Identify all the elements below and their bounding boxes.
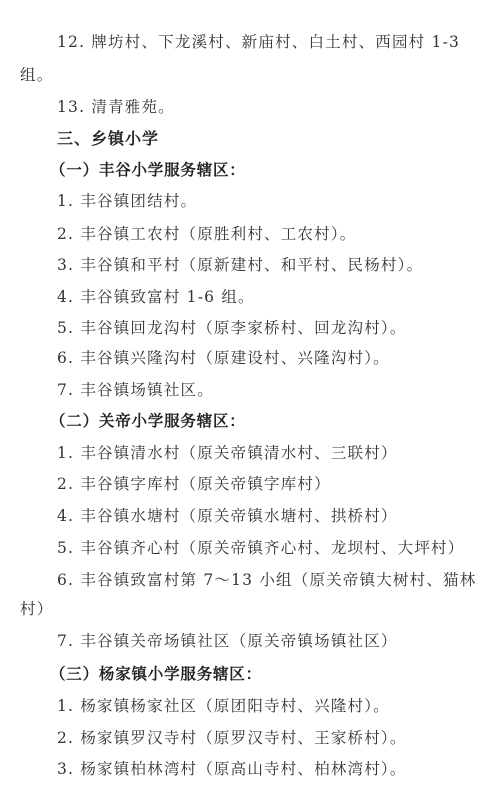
section-heading: 三、乡镇小学 — [57, 129, 159, 149]
list-item: 12. 牌坊村、下龙溪村、新庙村、白土村、西园村 1-3 — [57, 32, 460, 52]
list-item: 6. 丰谷镇致富村第 7～13 小组（原关帝镇大树村、猫林 — [57, 570, 476, 590]
subsection-heading: （二）关帝小学服务辖区： — [50, 411, 246, 431]
list-item: 2. 丰谷镇字库村（原关帝镇字库村） — [57, 474, 331, 494]
list-item-continuation: 村） — [20, 599, 53, 619]
list-item: 2. 杨家镇罗汉寺村（原罗汉寺村、王家桥村）。 — [57, 728, 407, 748]
list-item: 3. 杨家镇柏林湾村（原高山寺村、柏林湾村）。 — [57, 759, 407, 779]
subsection-heading: （三）杨家镇小学服务辖区： — [50, 664, 262, 684]
list-item: 5. 丰谷镇回龙沟村（原李家桥村、回龙沟村）。 — [57, 318, 407, 338]
list-item: 1. 丰谷镇清水村（原关帝镇清水村、三联村） — [57, 443, 398, 463]
list-item: 7. 丰谷镇场镇社区。 — [57, 380, 214, 400]
list-item: 1. 杨家镇杨家社区（原团阳寺村、兴隆村）。 — [57, 696, 390, 716]
subsection-heading: （一）丰谷小学服务辖区： — [50, 160, 246, 180]
list-item: 7. 丰谷镇关帝场镇社区（原关帝镇场镇社区） — [57, 631, 398, 651]
list-item: 4. 丰谷镇致富村 1-6 组。 — [57, 287, 255, 307]
document-page: 12. 牌坊村、下龙溪村、新庙村、白土村、西园村 1-3 组。 13. 清青雅苑… — [0, 0, 499, 799]
list-item-continuation: 组。 — [20, 65, 53, 85]
list-item: 2. 丰谷镇工农村（原胜利村、工农村）。 — [57, 224, 356, 244]
list-item: 3. 丰谷镇和平村（原新建村、和平村、民杨村）。 — [57, 255, 423, 275]
list-item: 1. 丰谷镇团结村。 — [57, 191, 197, 211]
list-item: 5. 丰谷镇齐心村（原关帝镇齐心村、龙坝村、大坪村） — [57, 538, 464, 558]
list-item: 6. 丰谷镇兴隆沟村（原建设村、兴隆沟村）。 — [57, 348, 390, 368]
list-item: 4. 丰谷镇水塘村（原关帝镇水塘村、拱桥村） — [57, 506, 398, 526]
list-item: 13. 清青雅苑。 — [57, 97, 175, 117]
